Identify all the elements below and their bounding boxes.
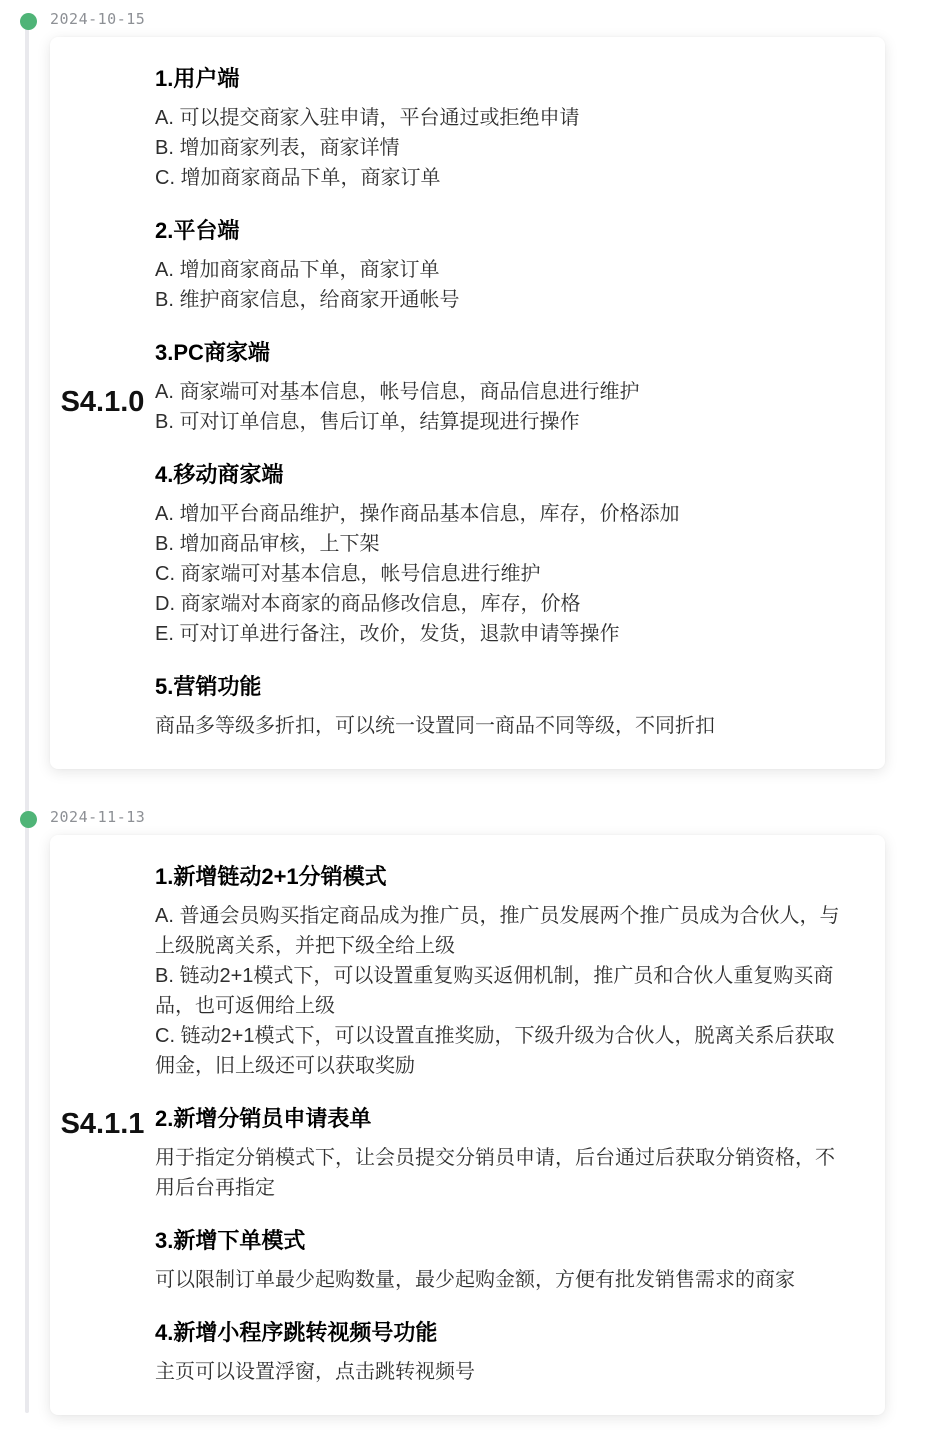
feature-section: 2.新增分销员申请表单用于指定分销模式下，让会员提交分销员申请，后台通过后获取分… bbox=[155, 1105, 850, 1203]
feature-line: E. 可对订单进行备注，改价，发货，退款申请等操作 bbox=[155, 619, 850, 649]
section-heading: 5.营销功能 bbox=[155, 673, 850, 701]
feature-line: B. 维护商家信息，给商家开通帐号 bbox=[155, 285, 850, 315]
feature-section: 2.平台端A. 增加商家商品下单，商家订单B. 维护商家信息，给商家开通帐号 bbox=[155, 217, 850, 315]
feature-line: C. 链动2+1模式下，可以设置直推奖励，下级升级为合伙人，脱离关系后获取佣金，… bbox=[155, 1021, 850, 1081]
section-heading: 3.PC商家端 bbox=[155, 339, 850, 367]
feature-line: 可以限制订单最少起购数量，最少起购金额，方便有批发销售需求的商家 bbox=[155, 1265, 850, 1295]
feature-section: 1.用户端A. 可以提交商家入驻申请，平台通过或拒绝申请B. 增加商家列表，商家… bbox=[155, 65, 850, 193]
feature-section: 3.新增下单模式可以限制订单最少起购数量，最少起购金额，方便有批发销售需求的商家 bbox=[155, 1227, 850, 1295]
timeline-entry: 2024-10-15S4.1.01.用户端A. 可以提交商家入驻申请，平台通过或… bbox=[0, 8, 925, 769]
entry-date: 2024-10-15 bbox=[50, 8, 925, 30]
changelog-timeline: 2024-10-15S4.1.01.用户端A. 可以提交商家入驻申请，平台通过或… bbox=[0, 0, 925, 1450]
section-heading: 4.新增小程序跳转视频号功能 bbox=[155, 1319, 850, 1347]
section-heading: 1.新增链动2+1分销模式 bbox=[155, 863, 850, 891]
feature-line: D. 商家端对本商家的商品修改信息，库存，价格 bbox=[155, 589, 850, 619]
version-label: S4.1.0 bbox=[50, 387, 155, 419]
feature-line: A. 普通会员购买指定商品成为推广员，推广员发展两个推广员成为合伙人，与上级脱离… bbox=[155, 901, 850, 961]
version-label: S4.1.1 bbox=[50, 1109, 155, 1141]
feature-line: B. 可对订单信息，售后订单，结算提现进行操作 bbox=[155, 407, 850, 437]
timeline-dot-icon bbox=[20, 811, 37, 828]
entry-date: 2024-11-13 bbox=[50, 806, 925, 828]
section-heading: 2.新增分销员申请表单 bbox=[155, 1105, 850, 1133]
feature-section: 3.PC商家端A. 商家端可对基本信息，帐号信息，商品信息进行维护B. 可对订单… bbox=[155, 339, 850, 437]
feature-section: 4.移动商家端A. 增加平台商品维护，操作商品基本信息，库存，价格添加B. 增加… bbox=[155, 461, 850, 649]
feature-section: 4.新增小程序跳转视频号功能主页可以设置浮窗，点击跳转视频号 bbox=[155, 1319, 850, 1387]
feature-line: B. 增加商家列表，商家详情 bbox=[155, 133, 850, 163]
release-sections: 1.新增链动2+1分销模式A. 普通会员购买指定商品成为推广员，推广员发展两个推… bbox=[155, 863, 850, 1387]
feature-section: 5.营销功能商品多等级多折扣，可以统一设置同一商品不同等级，不同折扣 bbox=[155, 673, 850, 741]
section-heading: 1.用户端 bbox=[155, 65, 850, 93]
feature-line: A. 可以提交商家入驻申请，平台通过或拒绝申请 bbox=[155, 103, 850, 133]
release-card: S4.1.11.新增链动2+1分销模式A. 普通会员购买指定商品成为推广员，推广… bbox=[50, 835, 885, 1415]
timeline-entry: 2024-11-13S4.1.11.新增链动2+1分销模式A. 普通会员购买指定… bbox=[0, 806, 925, 1415]
feature-line: A. 商家端可对基本信息，帐号信息，商品信息进行维护 bbox=[155, 377, 850, 407]
feature-line: B. 链动2+1模式下，可以设置重复购买返佣机制，推广员和合伙人重复购买商品，也… bbox=[155, 961, 850, 1021]
feature-line: B. 增加商品审核，上下架 bbox=[155, 529, 850, 559]
release-card: S4.1.01.用户端A. 可以提交商家入驻申请，平台通过或拒绝申请B. 增加商… bbox=[50, 37, 885, 769]
section-heading: 3.新增下单模式 bbox=[155, 1227, 850, 1255]
feature-line: C. 增加商家商品下单，商家订单 bbox=[155, 163, 850, 193]
feature-line: A. 增加商家商品下单，商家订单 bbox=[155, 255, 850, 285]
feature-line: 用于指定分销模式下，让会员提交分销员申请，后台通过后获取分销资格，不用后台再指定 bbox=[155, 1143, 850, 1203]
section-heading: 2.平台端 bbox=[155, 217, 850, 245]
feature-line: A. 增加平台商品维护，操作商品基本信息，库存，价格添加 bbox=[155, 499, 850, 529]
release-sections: 1.用户端A. 可以提交商家入驻申请，平台通过或拒绝申请B. 增加商家列表，商家… bbox=[155, 65, 850, 741]
feature-line: 商品多等级多折扣，可以统一设置同一商品不同等级，不同折扣 bbox=[155, 711, 850, 741]
feature-section: 1.新增链动2+1分销模式A. 普通会员购买指定商品成为推广员，推广员发展两个推… bbox=[155, 863, 850, 1081]
feature-line: 主页可以设置浮窗，点击跳转视频号 bbox=[155, 1357, 850, 1387]
timeline-dot-icon bbox=[20, 13, 37, 30]
feature-line: C. 商家端可对基本信息，帐号信息进行维护 bbox=[155, 559, 850, 589]
section-heading: 4.移动商家端 bbox=[155, 461, 850, 489]
